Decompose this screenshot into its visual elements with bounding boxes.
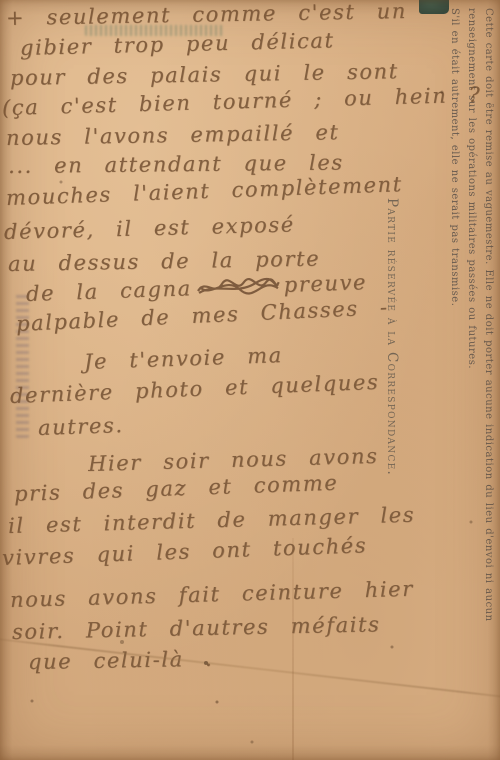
margin-instruction-line-3: S'il en était autrement, elle ne serait … <box>446 8 463 756</box>
margin-instructions: Cette carte doit être remise au vaguemes… <box>446 8 497 756</box>
handwritten-line: vivres qui les ont touchés <box>2 533 368 570</box>
margin-instruction-line-1: Cette carte doit être remise au vaguemes… <box>480 8 497 756</box>
margin-instruction-line-2: renseignement sur les opérations militai… <box>463 8 480 756</box>
handwritten-line: ... en attendant que les <box>8 150 344 178</box>
handwritten-line: pour des palais qui le sont <box>10 59 399 90</box>
postcard-back: Cette carte doit être remise au vaguemes… <box>0 0 500 760</box>
handwritten-line: dévoré, il est exposé <box>4 212 295 244</box>
handwritten-line: Je t'envoie ma <box>84 343 284 374</box>
handwritten-line: nous l'avons empaillé et <box>6 120 340 150</box>
handwritten-line: autres. <box>38 413 124 440</box>
paper-specks <box>0 0 2 2</box>
crease-line-vertical <box>292 538 294 760</box>
scribbled-out-word <box>195 274 280 299</box>
stamp-fragment <box>419 0 449 14</box>
handwritten-line: au dessus de la porte <box>8 247 321 276</box>
section-label: Partie réservée à la Correspondance. <box>384 198 400 544</box>
handwritten-line: soir. Point d'autres méfaits <box>12 612 381 644</box>
handwritten-line: + seulement comme c'est un <box>6 0 407 30</box>
handwritten-line: nous avons fait ceinture hier <box>10 577 414 612</box>
handwritten-line: gibier trop peu délicat <box>20 28 335 60</box>
handwritten-line: pris des gaz et comme <box>14 471 339 506</box>
handwritten-line: dernière photo et quelques <box>10 370 380 408</box>
handwritten-line: mouches l'aient complètement <box>6 172 404 210</box>
handwritten-text: preuve <box>283 270 367 297</box>
handwritten-text: de la cagna <box>26 276 193 306</box>
